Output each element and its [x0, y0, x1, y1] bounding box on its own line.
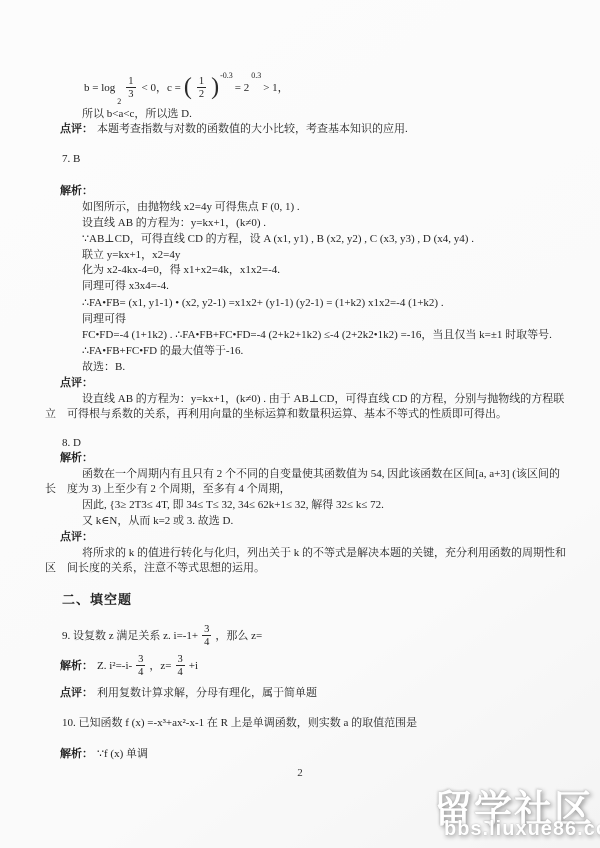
analysis-text: Z. i²=-i- [97, 659, 132, 674]
comment-text: 利用复数计算求解，分母有理化，属于简单题 [97, 687, 317, 699]
comment-label: 点评： [60, 687, 93, 699]
q7-answer: 7. B [62, 152, 80, 167]
q7-solution-line: 设直线 AB 的方程为：y=kx+1，(k≠0) . [82, 216, 266, 231]
q7-solution-line: 如图所示，由抛物线 x2=4y 可得焦点 F (0, 1) . [82, 200, 300, 215]
fraction: 3 4 [176, 654, 185, 678]
analysis-text: ∵f (x) 单调 [97, 748, 148, 760]
analysis-label: 解析： [60, 452, 93, 464]
stem-text: 9. 设复数 z 满足关系 z. i=-1+ [62, 629, 198, 644]
q10-stem: 10. 已知函数 f (x) =-x³+ax²-x-1 在 R 上是单调函数，则… [62, 716, 417, 731]
analysis-label: 解析： [60, 659, 93, 674]
comment-label: 点评： [60, 531, 93, 543]
q9-stem: 9. 设复数 z 满足关系 z. i=-1+ 3 4 ，那么 z= [62, 620, 262, 652]
formula-text: > 1， [263, 81, 288, 96]
analysis-label: 解析： [60, 748, 93, 760]
q7-solution-line: 同理可得 x3x4=-4. [82, 279, 169, 294]
fraction-numerator: 3 [136, 654, 145, 665]
fraction: 1 3 [126, 76, 135, 100]
q7-solution-line: 化为 x2-4kx-4=0，得 x1+x2=4k，x1x2=-4. [82, 263, 280, 278]
q7-analysis-label: 解析： [60, 184, 97, 199]
fraction: 3 4 [202, 624, 211, 648]
q8-answer: 8. D [62, 436, 81, 451]
formula-text: b = log [84, 81, 115, 96]
right-paren: ) [211, 77, 219, 99]
q8-comment-label: 点评： [60, 530, 97, 545]
q8-comment-line: 将所求的 k 的值进行转化与化归，列出关于 k 的不等式是解决本题的关键，充分利… [82, 546, 566, 561]
fraction-denominator: 4 [136, 665, 145, 678]
q7-solution-line: FC•FD=-4 (1+1k2) . ∴FA•FB+FC•FD=-4 (2+k2… [82, 328, 552, 343]
left-paren: ( [184, 77, 192, 99]
q8-solution-line: 又 k∈N，从而 k=2 或 3. 故选 D. [82, 514, 233, 529]
exponent: 0.3 [251, 68, 261, 83]
watermark-url: bbs.liuxue86.com [444, 818, 600, 841]
section-heading: 二、填空题 [62, 592, 132, 607]
q7-comment-label: 点评： [60, 376, 97, 391]
fraction-numerator: 1 [197, 76, 206, 87]
q6-conclusion: 所以 b<a<c，所以选 D. [82, 107, 192, 122]
q8-solution-line: 函数在一个周期内有且只有 2 个不同的自变量使其函数值为 54, 因此该函数在区… [82, 467, 560, 482]
fraction: 3 4 [136, 654, 145, 678]
q6-formula-line: b = log 2 1 3 < 0，c = ( 1 2 ) -0.3 = 2 0… [82, 70, 291, 106]
q7-solution-line: 同理可得 [82, 312, 126, 327]
fraction-denominator: 4 [176, 665, 185, 678]
q7-solution-line: ∴FA•FB+FC•FD 的最大值等于-16. [82, 344, 243, 359]
q7-comment-line: 立 可得根与系数的关系，再利用向量的坐标运算和数量积运算、基本不等式的性质即可得… [45, 407, 507, 422]
q10-analysis: 解析：∵f (x) 单调 [60, 747, 148, 762]
q8-analysis-label: 解析： [60, 451, 97, 466]
q7-comment-line: 设直线 AB 的方程为：y=kx+1，(k≠0) . 由于 AB⊥CD，可得直线… [82, 392, 564, 407]
fraction: 1 2 [197, 76, 206, 100]
fraction-denominator: 2 [197, 87, 206, 100]
analysis-label: 解析： [60, 185, 93, 197]
comment-label: 点评： [60, 377, 93, 389]
comment-text: 本题考查指数与对数的函数值的大小比较，考查基本知识的应用. [97, 123, 408, 135]
q8-solution-line: 因此, {3≥ 2T3≤ 4T, 即 34≤ T≤ 32, 34≤ 62k+1≤… [82, 498, 384, 513]
q7-solution-line: 联立 y=kx+1，x2=4y [82, 248, 180, 263]
q7-solution-line: ∵AB⊥CD，可得直线 CD 的方程，设 A (x1, y1) , B (x2,… [82, 232, 474, 247]
exponent: -0.3 [220, 68, 233, 83]
stem-text: ，那么 z= [215, 629, 262, 644]
q7-solution-line: 故选：B. [82, 360, 125, 375]
q7-solution-line: ∴FA•FB= (x1, y1-1) • (x2, y2-1) =x1x2+ (… [82, 296, 444, 311]
analysis-text: ，z= [149, 659, 171, 674]
q9-comment: 点评：利用复数计算求解，分母有理化，属于简单题 [60, 686, 317, 701]
q8-comment-line: 区 间长度的关系，注意不等式思想的运用。 [45, 561, 265, 576]
fraction-denominator: 4 [202, 635, 211, 648]
q9-analysis: 解析： Z. i²=-i- 3 4 ，z= 3 4 +i [60, 650, 198, 682]
analysis-text: +i [189, 659, 198, 674]
formula-text: < 0，c = [142, 81, 181, 96]
q8-solution-line: 长 度为 3) 上至少有 2 个周期，至多有 4 个周期， [45, 482, 291, 497]
fraction-numerator: 1 [126, 76, 135, 87]
q6-comment: 点评：本题考查指数与对数的函数值的大小比较，考查基本知识的应用. [60, 122, 408, 137]
fraction-denominator: 3 [126, 87, 135, 100]
comment-label: 点评： [60, 123, 93, 135]
document-page: { "page": { "number": "2" }, "watermark"… [0, 0, 600, 848]
formula-text: = 2 [235, 81, 249, 96]
fraction-numerator: 3 [176, 654, 185, 665]
fraction-numerator: 3 [202, 624, 211, 635]
